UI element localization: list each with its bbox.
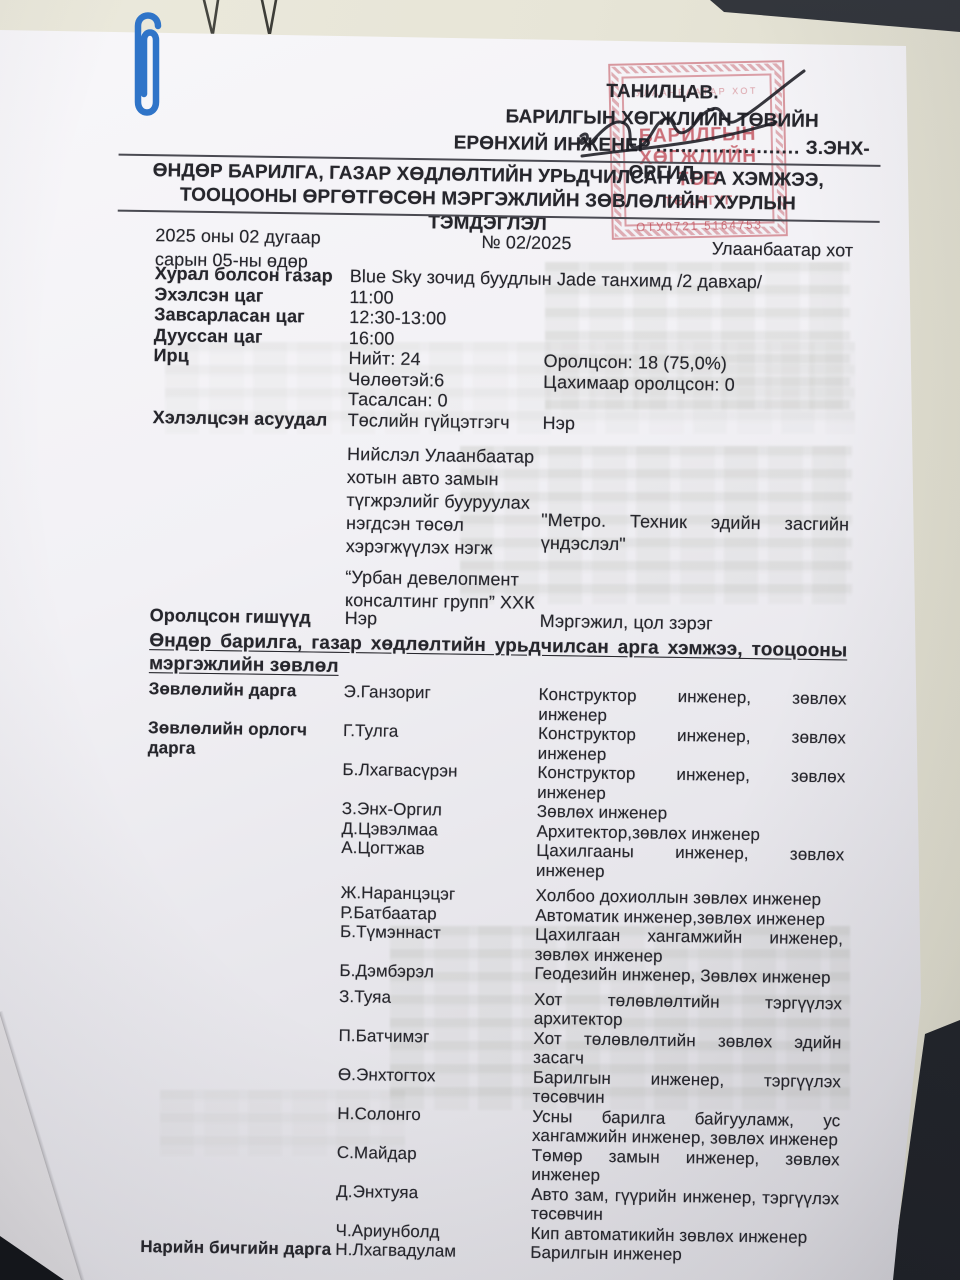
council-group-heading: Өндөр барилга, газар хөдлөлтийн урьдчилс… (149, 629, 848, 685)
roster-name: Ө.Энхтогтох (338, 1064, 534, 1106)
attendance-value: Нийт: 24 (348, 348, 543, 371)
roster-name: Б.Дэмбэрэл (339, 961, 534, 983)
roster-title: Хот төлөвлөлтийн тэргүүлэх архитектор (534, 989, 843, 1033)
meeting-info-rows: Хурал болсон газарBlue Sky зочид буудлын… (154, 263, 853, 355)
roster-name: П.Батчимэг (338, 1025, 534, 1067)
roster-role (147, 757, 343, 799)
roster-title: Конструктор инженер, зөвлөх инженер (538, 685, 847, 729)
attendance-value: Чөлөөтэй:6 (348, 369, 543, 392)
agenda-col-executor: Төслийн гүйцэтгэгч (348, 410, 543, 433)
roster-role (141, 1140, 337, 1182)
document-number: № 02/2025 (481, 230, 572, 255)
roster-title: Геодезийн инженер, Зөвлөх инженер (534, 964, 842, 988)
meeting-info: Хурал болсон газарBlue Sky зочид буудлын… (153, 263, 853, 437)
roster-title: Усны барилга байгууламж, ус хангамжийн и… (532, 1106, 841, 1150)
roster-title: Төмөр замын инженер, зөвлөх инженер (531, 1145, 840, 1189)
info-label: Эхэлсэн цаг (154, 284, 349, 307)
participants-label: Оролцсон гишүүд (150, 605, 345, 629)
attendance-label: Ирц (153, 345, 349, 409)
roster-name: Н.Лхагвадулам (335, 1240, 530, 1262)
agenda-executor-1: Нийслэл Улаанбаатар хотын авто замын түг… (346, 443, 553, 561)
handwritten-signature (578, 68, 808, 163)
agenda-label: Хэлэлцсэн асуудал (153, 407, 348, 430)
document-content: ТАНИЛЦАВ. БАРИЛГЫН ХӨГЖЛИЙН ТӨВИЙН ЕРӨНХ… (0, 0, 960, 1280)
agenda-project-name: "Метро. Техник эдийн засгийн үндэслэл" (541, 509, 850, 560)
info-label: Хурал болсон газар (155, 263, 350, 286)
roster-role (142, 1101, 338, 1143)
roster-role (145, 919, 341, 961)
attendance-value: Тасалсан: 0 (348, 389, 543, 412)
participants-roster: Зөвлөлийн даргаЭ.ГанзоригКонструктор инж… (140, 679, 846, 1267)
roster-role: Зөвлөлийн дарга (148, 679, 344, 721)
attendance-col-a: Нийт: 24Чөлөөтэй:6Тасалсан: 0 (348, 348, 544, 412)
roster-name: Б.Түмэннаст (340, 922, 536, 964)
roster-role (146, 835, 342, 877)
roster-name: А.Цогтжав (341, 838, 537, 880)
roster-title: Барилгын инженер (530, 1243, 838, 1267)
participants-col-name: Нэр (345, 608, 540, 632)
participants-col-title: Мэргэжил, цол зэрэг (540, 611, 848, 637)
roster-name: Г.Тулга (343, 721, 539, 763)
info-label: Завсарласан цаг (154, 304, 349, 327)
attendance-col-b: Оролцсон: 18 (75,0%)Цахимаар оролцсон: 0 (543, 351, 852, 417)
info-label: Дууссан цаг (154, 325, 349, 348)
attendance-row: Ирц Нийт: 24Чөлөөтэй:6Тасалсан: 0 Оролцс… (153, 345, 852, 417)
roster-name: З.Туяа (339, 986, 535, 1028)
agenda-col-name: Нэр (542, 412, 850, 437)
roster-title: Цахилгааны инженер, зөвлөх инженер (536, 841, 845, 885)
roster-title: Конструктор инженер, зөвлөх инженер (538, 724, 847, 768)
roster-title: Цахилгаан хангамжийн инженер, зөвлөх инж… (535, 925, 844, 969)
roster-role (143, 1023, 339, 1065)
roster-title: Барилгын инженер, тэргүүлэх төсөвчин (532, 1067, 841, 1111)
roster-role (144, 984, 340, 1026)
city: Улаанбаатар хот (712, 236, 854, 262)
roster-title: Конструктор инженер, зөвлөх инженер (537, 763, 846, 807)
roster-role (143, 1062, 339, 1104)
attendance-value: Цахимаар оролцсон: 0 (543, 371, 851, 396)
roster-role (141, 1179, 337, 1221)
roster-role: Зөвлөлийн орлогч дарга (148, 718, 344, 760)
roster-name: Д.Энхтуяа (336, 1181, 532, 1223)
photo-of-document: УЛААНБААТАР ХОТ БАРИЛГЫН ХӨГЖЛИЙН ТӨВ ТӨ… (0, 0, 960, 1280)
roster-name: Б.Лхагвасүрэн (342, 760, 538, 802)
roster-title: Хот төлөвлөлтийн зөвлөх эдийн засагч (533, 1028, 842, 1072)
roster-name: Э.Ганзориг (343, 682, 539, 724)
roster-title: Авто зам, гүүрийн инженер, тэргүүлэх төс… (531, 1184, 840, 1228)
roster-role (144, 958, 339, 980)
roster-name: Н.Солонго (337, 1103, 533, 1145)
roster-name: С.Майдар (336, 1142, 532, 1184)
paperclip (112, 6, 176, 126)
roster-role: Нарийн бичгийн дарга (140, 1237, 335, 1259)
